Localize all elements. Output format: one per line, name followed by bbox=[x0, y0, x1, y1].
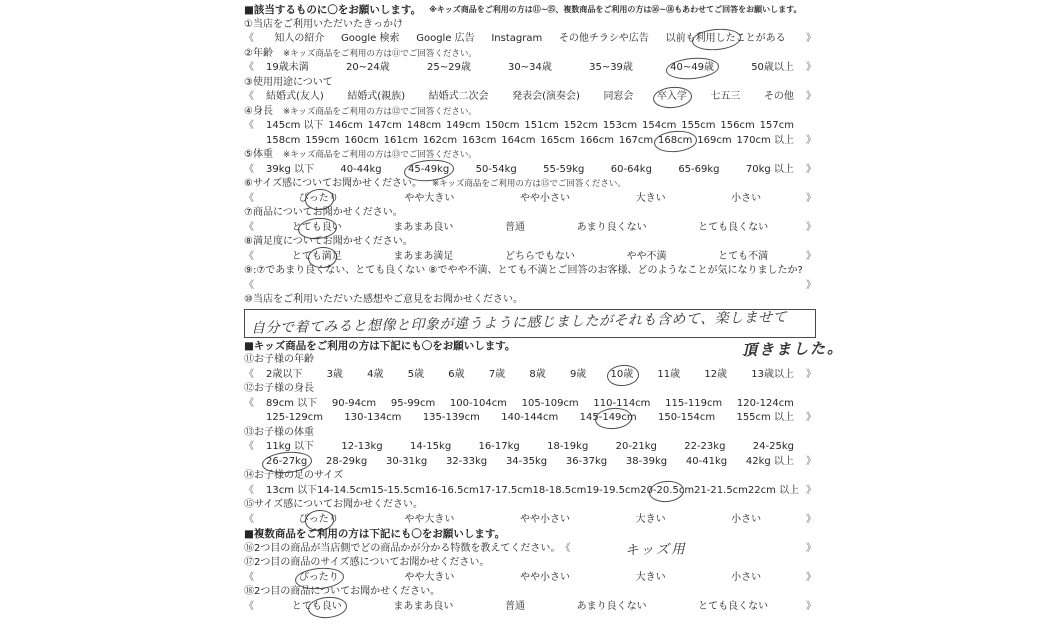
option-text: 小さい bbox=[731, 193, 761, 204]
option: 164cm bbox=[501, 134, 535, 149]
question-note: ※キッズ商品をご利用の方は⑮でご回答ください。 bbox=[432, 177, 626, 192]
option-text: 147cm bbox=[368, 120, 402, 131]
section-note: ※キッズ商品をご利用の方は⑪~⑮、複数商品をご利用の方は⑯~⑱もあわせてご回答を… bbox=[429, 3, 801, 18]
option: Instagram bbox=[491, 32, 542, 47]
section-kids-title: ■キッズ商品をご利用の方は下記にも〇をお願いします。頂きました。 bbox=[244, 339, 816, 354]
option-text: 結婚式(親族) bbox=[347, 91, 405, 102]
option: 普通 bbox=[505, 600, 525, 615]
option: やや大きい bbox=[404, 513, 454, 528]
option-text: あまり良くない bbox=[577, 222, 647, 233]
option-text: と bbox=[292, 222, 302, 233]
option-text: 15-15.5cm bbox=[371, 485, 425, 496]
q04-height: ④身長※キッズ商品をご利用の方は⑫でご回答ください。 bbox=[244, 105, 816, 120]
option-circled: 卒入学 bbox=[657, 90, 687, 105]
option-text: やや大きい bbox=[404, 514, 454, 525]
option-text: Instagram bbox=[491, 33, 542, 44]
option-text: 17-17.5cm bbox=[479, 485, 533, 496]
q09-complaint: ⑨:⑦であまり良くない、とても良くない ⑧でやや不満、とても不満とご回答のお客様… bbox=[244, 264, 816, 279]
section-title: ■複数商品をご利用の方は下記にも〇をお願いします。 bbox=[244, 527, 505, 542]
option-text: 30-31kg bbox=[386, 456, 427, 467]
option: 小さい bbox=[731, 192, 761, 207]
question-label: ⑦商品についてお聞かせください。 bbox=[244, 206, 403, 221]
option: 12歳 bbox=[704, 368, 727, 383]
option-text: あまり良くない bbox=[577, 601, 647, 612]
option-text: 130-134cm bbox=[344, 412, 401, 423]
option: 105-109cm bbox=[522, 397, 579, 412]
option: 70kg 以上 bbox=[746, 163, 794, 178]
open-bracket: 《 bbox=[244, 600, 254, 615]
options-list: ぴったりやや大きいやや小さい大きい小さい bbox=[254, 513, 806, 528]
q15-options: 《ぴったりやや大きいやや小さい大きい小さい》 bbox=[244, 513, 816, 528]
option: 147cm bbox=[368, 119, 402, 134]
survey-form: ■該当するものに〇をお願いします。※キッズ商品をご利用の方は⑪~⑮、複数商品をご… bbox=[244, 3, 816, 614]
option: 結婚式(友人) bbox=[266, 90, 324, 105]
option-text: ぴ bbox=[299, 514, 309, 525]
option: やや不満 bbox=[627, 250, 667, 265]
option-text: 156cm bbox=[720, 120, 754, 131]
option: 7歳 bbox=[489, 368, 505, 383]
option: 20-21kg bbox=[616, 440, 657, 455]
option-text: 11kg 以下 bbox=[266, 441, 314, 452]
open-bracket: 《 bbox=[244, 163, 254, 178]
q08-satisfaction: ⑧満足度についてお聞かせください。 bbox=[244, 235, 816, 250]
option: 18-19kg bbox=[547, 440, 588, 455]
option: 38-39kg bbox=[626, 455, 667, 470]
close-bracket: 》 bbox=[806, 250, 816, 265]
option: 39kg 以下 bbox=[266, 163, 314, 178]
options-list: 13cm 以下14-14.5cm15-15.5cm16-16.5cm17-17.… bbox=[254, 484, 806, 499]
option: その他チラシや広告 bbox=[559, 32, 649, 47]
q04-options-line2: 《158cm159cm160cm161cm162cm163cm164cm165c… bbox=[244, 134, 816, 149]
option: 148cm bbox=[407, 119, 441, 134]
option-text: 16-16.5cm bbox=[425, 485, 479, 496]
option-text: 89cm 以下 bbox=[266, 398, 317, 409]
open-bracket: 《 bbox=[244, 440, 254, 455]
option: 170cm 以上 bbox=[736, 134, 794, 149]
option-text: やや不満 bbox=[627, 251, 667, 262]
open-bracket: 《 bbox=[244, 250, 254, 265]
option: 65-69kg bbox=[678, 163, 719, 178]
option-text: 22-23kg bbox=[684, 441, 725, 452]
q11-kids-age: ⑪お子様の年齢 bbox=[244, 353, 816, 368]
question-label: ⑧満足度についてお聞かせください。 bbox=[244, 235, 413, 250]
selection-circle: 利用した bbox=[696, 32, 736, 47]
option: 2歳以下 bbox=[266, 368, 302, 383]
option-text: 24-25kg bbox=[753, 441, 794, 452]
option-text: 145 bbox=[580, 412, 599, 423]
option-text: 155cm 以上 bbox=[736, 412, 794, 423]
option-text: 151cm bbox=[524, 120, 558, 131]
question-label: ⑨:⑦であまり良くない、とても良くない ⑧でやや不満、とても不満とご回答のお客様… bbox=[244, 264, 803, 279]
option-text: 120-124cm bbox=[737, 398, 794, 409]
option-text: 50-54kg bbox=[476, 164, 517, 175]
option: 3歳 bbox=[327, 368, 343, 383]
option-circled: とても良い bbox=[292, 600, 342, 615]
option: 163cm bbox=[462, 134, 496, 149]
q12-kids-height: ⑫お子様の身長 bbox=[244, 382, 816, 397]
option-text: 18-19kg bbox=[547, 441, 588, 452]
option-text: 25~29歳 bbox=[427, 62, 471, 73]
option: 知人の紹介 bbox=[274, 32, 324, 47]
question-label: ⑤体重 bbox=[244, 148, 273, 163]
option-text: 7歳 bbox=[489, 369, 505, 380]
open-bracket: 《 bbox=[244, 61, 254, 76]
option: あまり良くない bbox=[577, 600, 647, 615]
option: 95-99cm bbox=[391, 397, 435, 412]
option: 20~24歳 bbox=[346, 61, 390, 76]
q09-answer-area: 《》 bbox=[244, 279, 816, 294]
option: 17-17.5cm bbox=[479, 484, 533, 499]
option: 13歳以上 bbox=[751, 368, 794, 383]
option: 大きい bbox=[636, 513, 666, 528]
option: 30~34歳 bbox=[508, 61, 552, 76]
close-bracket: 》 bbox=[806, 542, 816, 557]
selection-circle: った bbox=[309, 513, 329, 528]
close-bracket: 》 bbox=[806, 221, 816, 236]
selection-circle: ぴったり bbox=[299, 571, 339, 586]
q18-second-product: ⑱2つ目の商品についてお聞かせください。 bbox=[244, 585, 816, 600]
q14-options: 《13cm 以下14-14.5cm15-15.5cm16-16.5cm17-17… bbox=[244, 484, 816, 499]
scanned-survey-sheet: ■該当するものに〇をお願いします。※キッズ商品をご利用の方は⑪~⑮、複数商品をご… bbox=[0, 0, 1060, 640]
option: やや小さい bbox=[520, 513, 570, 528]
option-circled: とても良い bbox=[292, 221, 342, 236]
options-list: 結婚式(友人)結婚式(親族)結婚式二次会発表会(演奏会)同窓会卒入学七五三その他 bbox=[254, 90, 806, 105]
option: とても不満 bbox=[718, 250, 768, 265]
option: 36-37kg bbox=[566, 455, 607, 470]
q01-options: 《知人の紹介Google 検索Google 広告Instagramその他チラシや… bbox=[244, 32, 816, 47]
option: 157cm bbox=[760, 119, 794, 134]
q06-fit: ⑥サイズ感についてお聞かせください。※キッズ商品をご利用の方は⑮でご回答ください… bbox=[244, 177, 816, 192]
option-text: 35~39歳 bbox=[589, 62, 633, 73]
option-circled: 40~49歳 bbox=[670, 61, 714, 76]
option-text: 小さい bbox=[731, 514, 761, 525]
selection-circle: -20.5 bbox=[653, 484, 679, 499]
section-title: ■キッズ商品をご利用の方は下記にも〇をお願いします。 bbox=[244, 339, 515, 354]
option-text: まあまあ良い bbox=[393, 601, 453, 612]
option: 大きい bbox=[636, 571, 666, 586]
q10-feedback: ⑩当店をご利用いただいた感想やご意見をお聞かせください。 bbox=[244, 293, 816, 308]
option-text: 9歳 bbox=[570, 369, 586, 380]
option: 100-104cm bbox=[450, 397, 507, 412]
section-title: ■該当するものに〇をお願いします。 bbox=[244, 3, 421, 18]
option: 同窓会 bbox=[603, 90, 633, 105]
question-label: ⑰2つ目の商品のサイズ感についてお聞かせください。 bbox=[244, 556, 489, 571]
option-text: とて bbox=[292, 251, 312, 262]
open-bracket: 《 bbox=[244, 279, 254, 294]
option: 165cm bbox=[540, 134, 574, 149]
option-text: 167cm bbox=[619, 135, 653, 146]
option-text: 28-29kg bbox=[326, 456, 367, 467]
option: 8歳 bbox=[529, 368, 545, 383]
option-text: 40-41kg bbox=[686, 456, 727, 467]
option: とても良くない bbox=[698, 221, 768, 236]
selection-circle: 168cm bbox=[658, 134, 692, 149]
option-text: 157cm bbox=[760, 120, 794, 131]
option-text: ことがある bbox=[736, 33, 786, 44]
selection-circle: も満 bbox=[312, 250, 332, 265]
option-text: 110-114cm bbox=[593, 398, 650, 409]
option-text: 165cm bbox=[540, 135, 574, 146]
option-text: 4歳 bbox=[367, 369, 383, 380]
option: Google 検索 bbox=[341, 32, 399, 47]
selection-circle: 26-27kg bbox=[266, 455, 307, 470]
option-text: 38-39kg bbox=[626, 456, 667, 467]
option: 12-13kg bbox=[341, 440, 382, 455]
option-text: 同窓会 bbox=[603, 91, 633, 102]
option-circled: 145-149cm bbox=[580, 411, 637, 426]
option: やや大きい bbox=[404, 571, 454, 586]
option: 30-31kg bbox=[386, 455, 427, 470]
option-circled: 45-49kg bbox=[408, 163, 449, 178]
option: その他 bbox=[764, 90, 794, 105]
option: Google 広告 bbox=[416, 32, 474, 47]
option: 156cm bbox=[720, 119, 754, 134]
options-list: ぴったりやや大きいやや小さい大きい小さい bbox=[254, 192, 806, 207]
question-label: ⑬お子様の体重 bbox=[244, 426, 314, 441]
option-text: 20~24歳 bbox=[346, 62, 390, 73]
option-text: 8歳 bbox=[529, 369, 545, 380]
options-list: 145cm 以下146cm147cm148cm149cm150cm151cm15… bbox=[254, 119, 806, 134]
option-text: やや大きい bbox=[404, 572, 454, 583]
option-text: 知人の紹介 bbox=[274, 33, 324, 44]
option-text: 結婚式(友人) bbox=[266, 91, 324, 102]
close-bracket: 》 bbox=[806, 600, 816, 615]
option-text: まあまあ良い bbox=[393, 222, 453, 233]
option: 115-119cm bbox=[665, 397, 722, 412]
q11-options: 《2歳以下3歳4歳5歳6歳7歳8歳9歳10歳11歳12歳13歳以上》 bbox=[244, 368, 816, 383]
option: 40-41kg bbox=[686, 455, 727, 470]
question-label: ②年齢 bbox=[244, 47, 273, 62]
option: 14-15kg bbox=[410, 440, 451, 455]
option-text: 16-17kg bbox=[479, 441, 520, 452]
option-text: とて bbox=[292, 601, 312, 612]
option: 125-129cm bbox=[266, 411, 323, 426]
option: まあまあ満足 bbox=[393, 250, 453, 265]
q04-options-line1: 《145cm 以下146cm147cm148cm149cm150cm151cm1… bbox=[244, 119, 816, 134]
option: 9歳 bbox=[570, 368, 586, 383]
open-bracket: 《 bbox=[244, 32, 254, 47]
option: 149cm bbox=[446, 119, 480, 134]
option-text: 115-119cm bbox=[665, 398, 722, 409]
option: 154cm bbox=[642, 119, 676, 134]
option-text: 11歳 bbox=[657, 369, 680, 380]
option-text: 大きい bbox=[636, 572, 666, 583]
close-bracket: 》 bbox=[806, 32, 816, 47]
q13-options-line1: 《11kg 以下12-13kg14-15kg16-17kg18-19kg20-2… bbox=[244, 440, 816, 455]
option-text: 40-44kg bbox=[340, 164, 381, 175]
option-text: Google 検索 bbox=[341, 33, 399, 44]
option: 5歳 bbox=[408, 368, 424, 383]
option-circled: 10歳 bbox=[611, 368, 634, 383]
option-text: やや小さい bbox=[520, 514, 570, 525]
option: どちらでもない bbox=[505, 250, 575, 265]
option-text: とても良くない bbox=[698, 601, 768, 612]
option-text: 125-129cm bbox=[266, 412, 323, 423]
option: 小さい bbox=[731, 513, 761, 528]
option-text: やや大きい bbox=[404, 193, 454, 204]
option: 50歳以上 bbox=[751, 61, 794, 76]
options-list: ぴったりやや大きいやや小さい大きい小さい bbox=[254, 571, 806, 586]
option-text: り bbox=[329, 193, 339, 204]
option-text: 140-144cm bbox=[501, 412, 558, 423]
question-label: ③使用用途について bbox=[244, 76, 333, 91]
q17-second-fit: ⑰2つ目の商品のサイズ感についてお聞かせください。 bbox=[244, 556, 816, 571]
option-text: 12-13kg bbox=[341, 441, 382, 452]
option: 158cm bbox=[266, 134, 300, 149]
option-text: 65-69kg bbox=[678, 164, 719, 175]
option: とても良くない bbox=[698, 600, 768, 615]
option-text: 162cm bbox=[423, 135, 457, 146]
q10-handwritten-answer: 自分で着てみると想像と印象が違うように感じましたがそれも含めて、楽しませて bbox=[244, 309, 816, 338]
option: 110-114cm bbox=[593, 397, 650, 412]
selection-circle: ても良 bbox=[302, 221, 332, 236]
open-bracket: 《 bbox=[244, 119, 254, 134]
option: 28-29kg bbox=[326, 455, 367, 470]
option: 19-19.5cm bbox=[586, 484, 640, 499]
q03-options: 《結婚式(友人)結婚式(親族)結婚式二次会発表会(演奏会)同窓会卒入学七五三その… bbox=[244, 90, 816, 105]
option-text: 90-94cm bbox=[332, 398, 376, 409]
option-circled: ぴったり bbox=[299, 571, 339, 586]
option: 25~29歳 bbox=[427, 61, 471, 76]
option-text: 146cm bbox=[328, 120, 362, 131]
option-text: 161cm bbox=[384, 135, 418, 146]
option: 120-124cm bbox=[737, 397, 794, 412]
q17-options: 《ぴったりやや大きいやや小さい大きい小さい》 bbox=[244, 571, 816, 586]
close-bracket: 》 bbox=[806, 61, 816, 76]
option: 161cm bbox=[384, 134, 418, 149]
close-bracket: 》 bbox=[806, 192, 816, 207]
option: まあまあ良い bbox=[393, 221, 453, 236]
option: 19歳未満 bbox=[266, 61, 309, 76]
options-list: 知人の紹介Google 検索Google 広告Instagramその他チラシや広… bbox=[254, 32, 806, 47]
selection-circle: 40~49歳 bbox=[670, 61, 714, 76]
option-text: 163cm bbox=[462, 135, 496, 146]
open-bracket: 《 bbox=[560, 542, 570, 557]
option-text: 145cm 以下 bbox=[266, 120, 324, 131]
question-note: ※キッズ商品をご利用の方は⑫でご回答ください。 bbox=[283, 105, 477, 120]
open-bracket: 《 bbox=[244, 221, 254, 236]
option: 小さい bbox=[731, 571, 761, 586]
option-text: 152cm bbox=[564, 120, 598, 131]
question-label: ⑱2つ目の商品についてお聞かせください。 bbox=[244, 585, 440, 600]
option-text: 大きい bbox=[636, 193, 666, 204]
option-text: 170cm 以上 bbox=[736, 135, 794, 146]
option: やや小さい bbox=[520, 192, 570, 207]
open-bracket: 《 bbox=[244, 484, 254, 499]
q03-purpose: ③使用用途について bbox=[244, 76, 816, 91]
option: 13cm 以下 bbox=[266, 484, 317, 499]
option-text: ぴ bbox=[299, 193, 309, 204]
question-label: ⑫お子様の身長 bbox=[244, 382, 314, 397]
close-bracket: 》 bbox=[806, 455, 816, 470]
option-text: 以前も bbox=[666, 33, 696, 44]
close-bracket: 》 bbox=[806, 279, 816, 294]
option: 55-59kg bbox=[543, 163, 584, 178]
open-bracket: 《 bbox=[244, 192, 254, 207]
option-text: 13歳以上 bbox=[751, 369, 794, 380]
option: 140-144cm bbox=[501, 411, 558, 426]
option-text: 50歳以上 bbox=[751, 62, 794, 73]
question-label: ⑩当店をご利用いただいた感想やご意見をお聞かせください。 bbox=[244, 293, 523, 308]
option-text: やや小さい bbox=[520, 193, 570, 204]
close-bracket: 》 bbox=[806, 513, 816, 528]
close-bracket: 》 bbox=[806, 90, 816, 105]
option-text: 135-139cm bbox=[423, 412, 480, 423]
selection-circle: った bbox=[309, 192, 329, 207]
q12-options-line1: 《89cm 以下90-94cm95-99cm100-104cm105-109cm… bbox=[244, 397, 816, 412]
option: 166cm bbox=[580, 134, 614, 149]
option-text: 148cm bbox=[407, 120, 441, 131]
option-circled: ぴったり bbox=[299, 192, 339, 207]
option-text: 大きい bbox=[636, 514, 666, 525]
option-text: り bbox=[329, 514, 339, 525]
option: 40-44kg bbox=[340, 163, 381, 178]
close-bracket: 》 bbox=[806, 368, 816, 383]
q05-weight: ⑤体重※キッズ商品をご利用の方は⑬でご回答ください。 bbox=[244, 148, 816, 163]
option-text: cm bbox=[679, 485, 694, 496]
option-text: 164cm bbox=[501, 135, 535, 146]
options-list: 19歳未満20~24歳25~29歳30~34歳35~39歳40~49歳50歳以上 bbox=[254, 61, 806, 76]
question-note: ※キッズ商品をご利用の方は⑪でご回答ください。 bbox=[283, 47, 477, 62]
selection-circle: -149c bbox=[599, 411, 627, 426]
option-text: その他 bbox=[764, 91, 794, 102]
option-text: どちらでもない bbox=[505, 251, 575, 262]
option: 135-139cm bbox=[423, 411, 480, 426]
option-circled: とても満足 bbox=[292, 250, 342, 265]
option-text: 34-35kg bbox=[506, 456, 547, 467]
option: 90-94cm bbox=[332, 397, 376, 412]
question-label: ①当店をご利用いただいたきっかけ bbox=[244, 18, 403, 33]
option: 18-18.5cm bbox=[533, 484, 587, 499]
option-text: 19歳未満 bbox=[266, 62, 309, 73]
option: 130-134cm bbox=[344, 411, 401, 426]
option: 145cm 以下 bbox=[266, 119, 324, 134]
option: 153cm bbox=[603, 119, 637, 134]
q15-kids-fit: ⑮サイズ感についてお聞かせください。 bbox=[244, 498, 816, 513]
option-text: 6歳 bbox=[448, 369, 464, 380]
options-list: とても良いまあまあ良い普通あまり良くないとても良くない bbox=[254, 221, 806, 236]
option: 160cm bbox=[344, 134, 378, 149]
option: 11kg 以下 bbox=[266, 440, 314, 455]
option-text: 150cm bbox=[485, 120, 519, 131]
option: 結婚式二次会 bbox=[429, 90, 489, 105]
option: 60-64kg bbox=[611, 163, 652, 178]
option: 32-33kg bbox=[446, 455, 487, 470]
option: 大きい bbox=[636, 192, 666, 207]
option-text: 14-15kg bbox=[410, 441, 451, 452]
close-bracket: 》 bbox=[806, 571, 816, 586]
option: 155cm 以上 bbox=[736, 411, 794, 426]
options-list: とても良いまあまあ良い普通あまり良くないとても良くない bbox=[254, 600, 806, 615]
option: 150cm bbox=[485, 119, 519, 134]
option-text: 18-18.5cm bbox=[533, 485, 587, 496]
q12-options-line2: 《125-129cm130-134cm135-139cm140-144cm145… bbox=[244, 411, 816, 426]
option: 146cm bbox=[328, 119, 362, 134]
option-text: 153cm bbox=[603, 120, 637, 131]
options-list: 2歳以下3歳4歳5歳6歳7歳8歳9歳10歳11歳12歳13歳以上 bbox=[254, 368, 806, 383]
question-label: ⑪お子様の年齢 bbox=[244, 353, 314, 368]
selection-circle: 10歳 bbox=[611, 368, 634, 383]
question-note: ※キッズ商品をご利用の方は⑬でご回答ください。 bbox=[283, 148, 477, 163]
q07-product: ⑦商品についてお聞かせください。 bbox=[244, 206, 816, 221]
question-label: ⑯2つ目の商品が当店側でどの商品かが分かる特徴を教えてください。 bbox=[244, 542, 560, 557]
question-label: ⑮サイズ感についてお聞かせください。 bbox=[244, 498, 423, 513]
option: 11歳 bbox=[657, 368, 680, 383]
close-bracket: 》 bbox=[806, 411, 816, 426]
option-text: 42kg 以上 bbox=[746, 456, 794, 467]
option: 162cm bbox=[423, 134, 457, 149]
option-text: 36-37kg bbox=[566, 456, 607, 467]
